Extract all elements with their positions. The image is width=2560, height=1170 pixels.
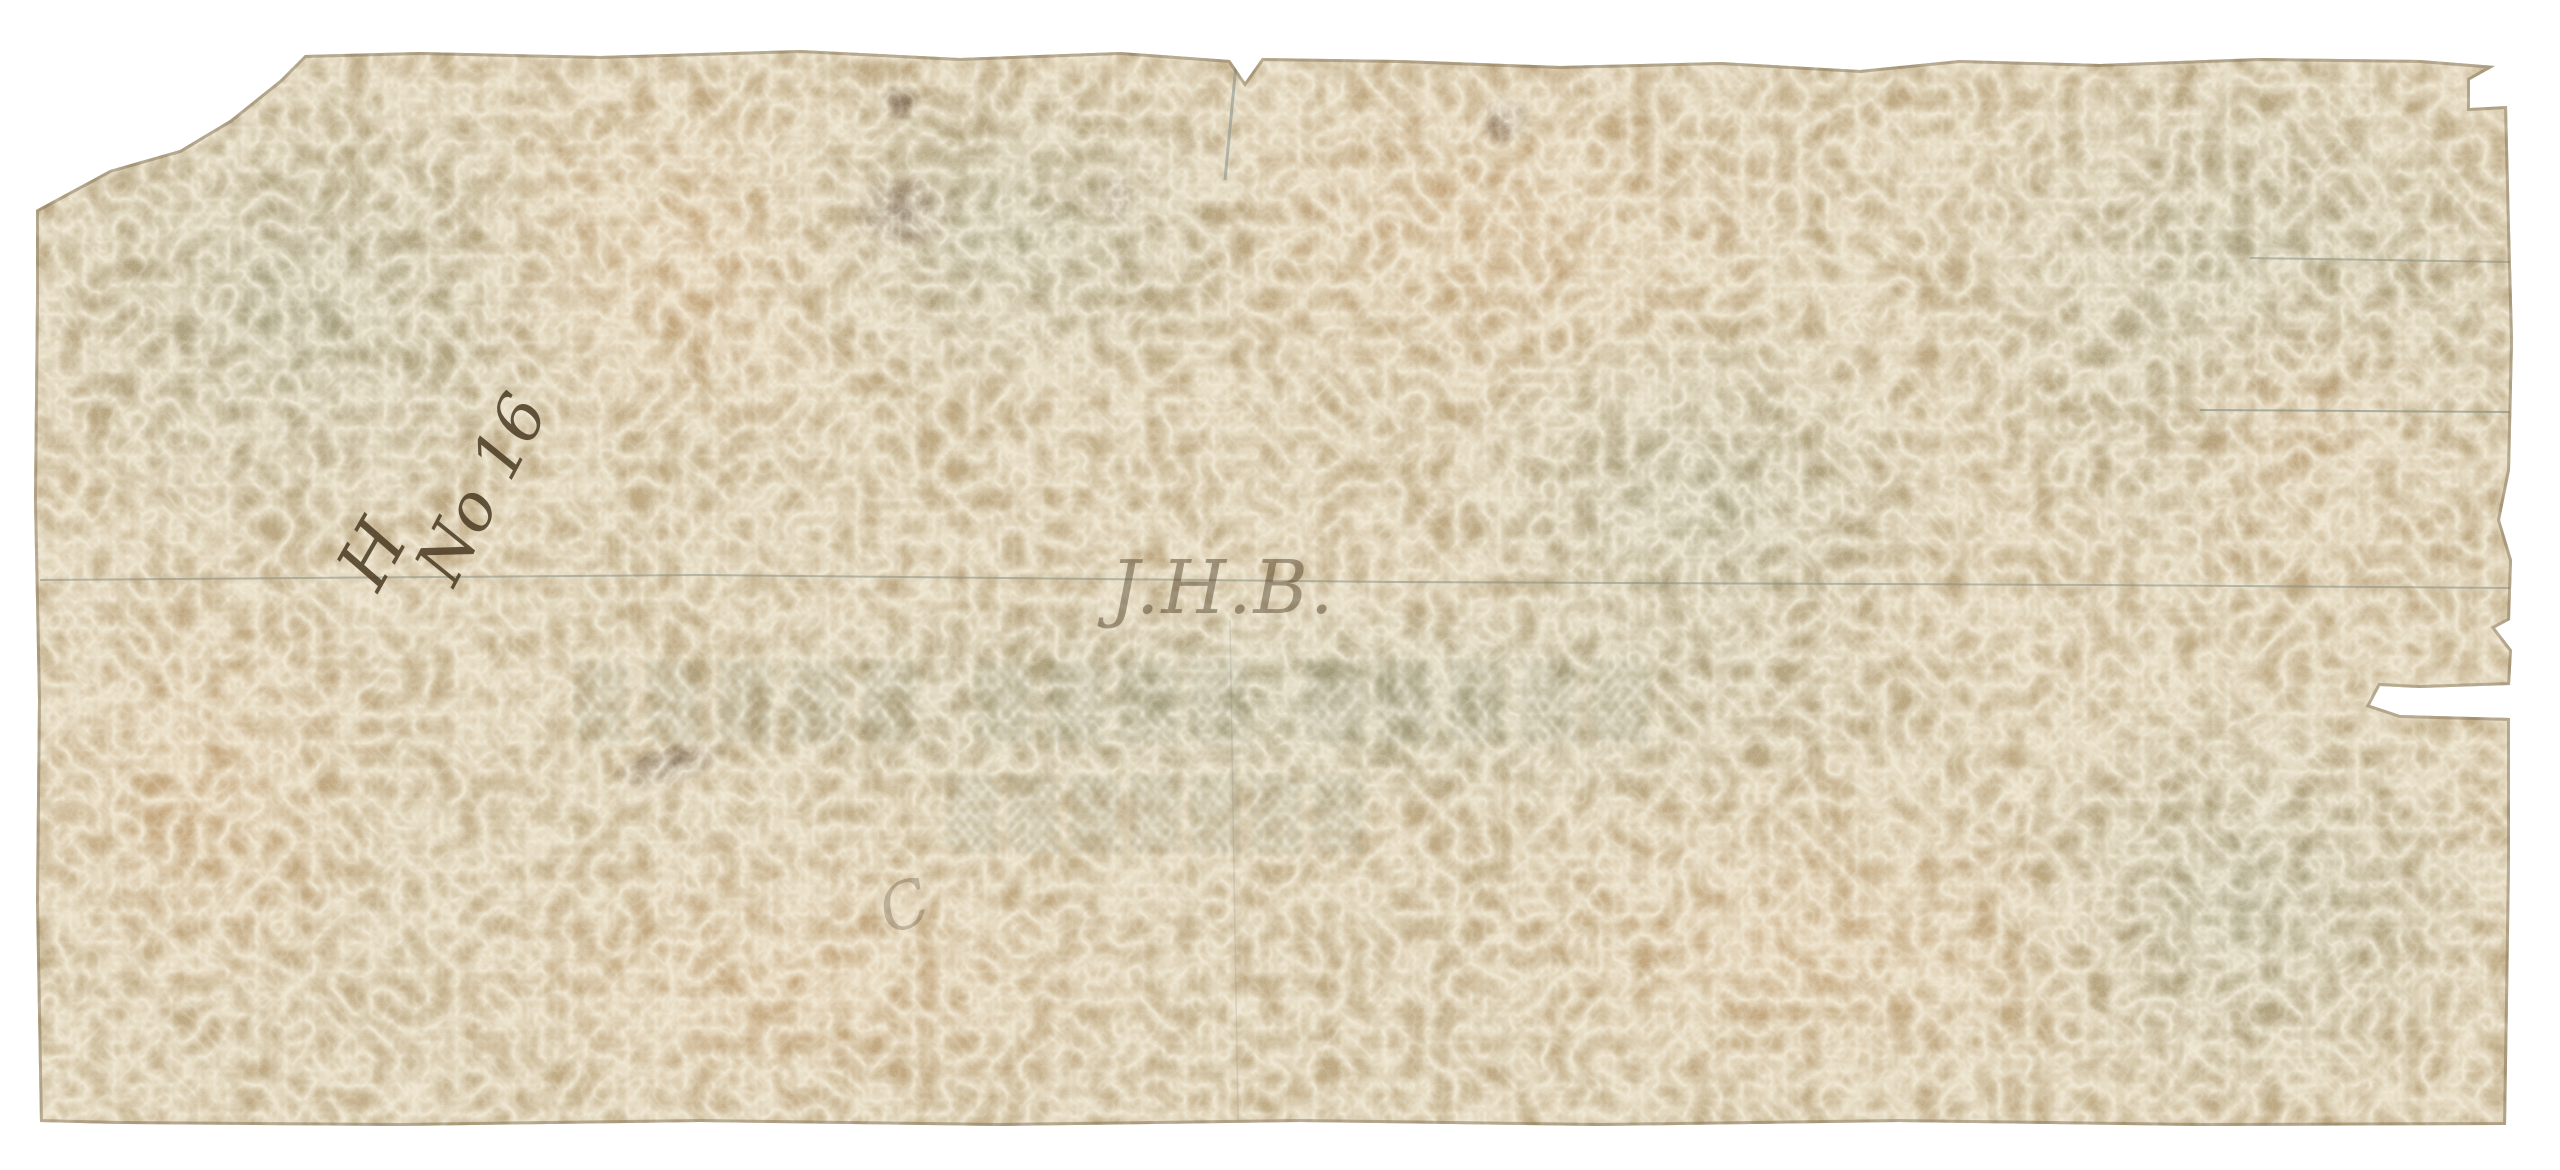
banknote-paper — [0, 0, 2560, 1170]
scan-canvas: ▒▒▒▒▒ ▒▒▒▒ ▒▒▒▒▒ ▒▒▒▒▒▒▒ H No 16 J.H.B. … — [0, 0, 2560, 1170]
